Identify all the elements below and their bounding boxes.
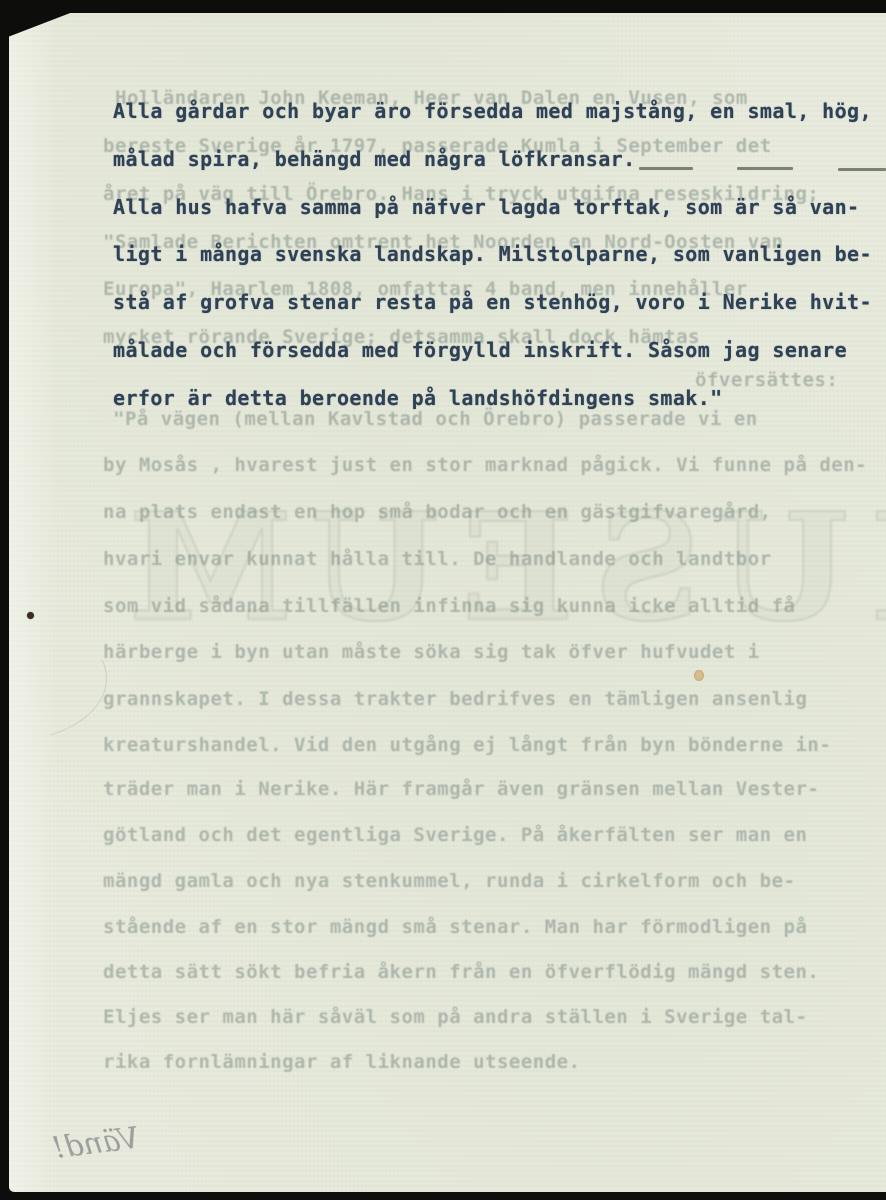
typed-line: målad spira, behängd med några löfkransa… <box>113 148 636 170</box>
ghost-line: som vid sådana tillfällen infinna sig ku… <box>103 596 795 617</box>
underline-dash <box>838 168 886 171</box>
typed-line: stå af grofva stenar resta på en stenhög… <box>113 291 872 313</box>
paper-speck <box>694 670 704 681</box>
typed-line: målade och försedda med förgylld inskrif… <box>113 339 847 361</box>
ghost-line: "På vägen (mellan Kavlstad och Örebro) p… <box>113 409 758 430</box>
ghost-line: stående af en stor mängd små stenar. Man… <box>103 917 807 938</box>
ghost-line: mängd gamla och nya stenkummel, runda i … <box>103 871 795 892</box>
ghost-line: na plats endast en hop små bodar och en … <box>103 502 772 523</box>
underline-dash <box>737 167 793 170</box>
ghost-line: kreaturshandel. Vid den utgång ej långt … <box>103 735 831 756</box>
ghost-line: götland och det egentliga Sverige. På åk… <box>103 825 807 846</box>
ghost-line: Eljes ser man här såväl som på andra stä… <box>103 1007 807 1028</box>
typed-line: ligt i många svenska landskap. Milstolpa… <box>113 243 872 265</box>
ghost-line: hvari envar kunnat hålla till. De handla… <box>103 549 772 570</box>
ghost-line: by Mosås , hvarest just en stor marknad … <box>103 455 867 476</box>
ghost-line: grannskapet. I dessa trakter bedrifves e… <box>103 689 807 710</box>
ink-dot <box>27 612 34 619</box>
ghost-line: rika fornlämningar af liknande utseende. <box>103 1052 581 1073</box>
ghost-line: detta sätt sökt befria åkern från en öfv… <box>103 962 819 983</box>
ghost-line: träder man i Nerike. Här framgår även gr… <box>103 779 819 800</box>
typed-line: erfor är detta beroende på landshöfdinge… <box>113 387 723 409</box>
paper-crease <box>0 660 110 735</box>
scanned-page: MUSEUM Holländaren John Keeman, Heer van… <box>0 0 886 1200</box>
typed-line: Alla gårdar och byar äro försedda med ma… <box>113 100 872 122</box>
typed-line: Alla hus hafva samma på näfver lagda tor… <box>113 196 859 218</box>
scan-corner-shadow <box>0 0 104 40</box>
underline-dash <box>639 167 693 170</box>
ghost-line: härberge i byn utan måste söka sig tak ö… <box>103 642 760 663</box>
